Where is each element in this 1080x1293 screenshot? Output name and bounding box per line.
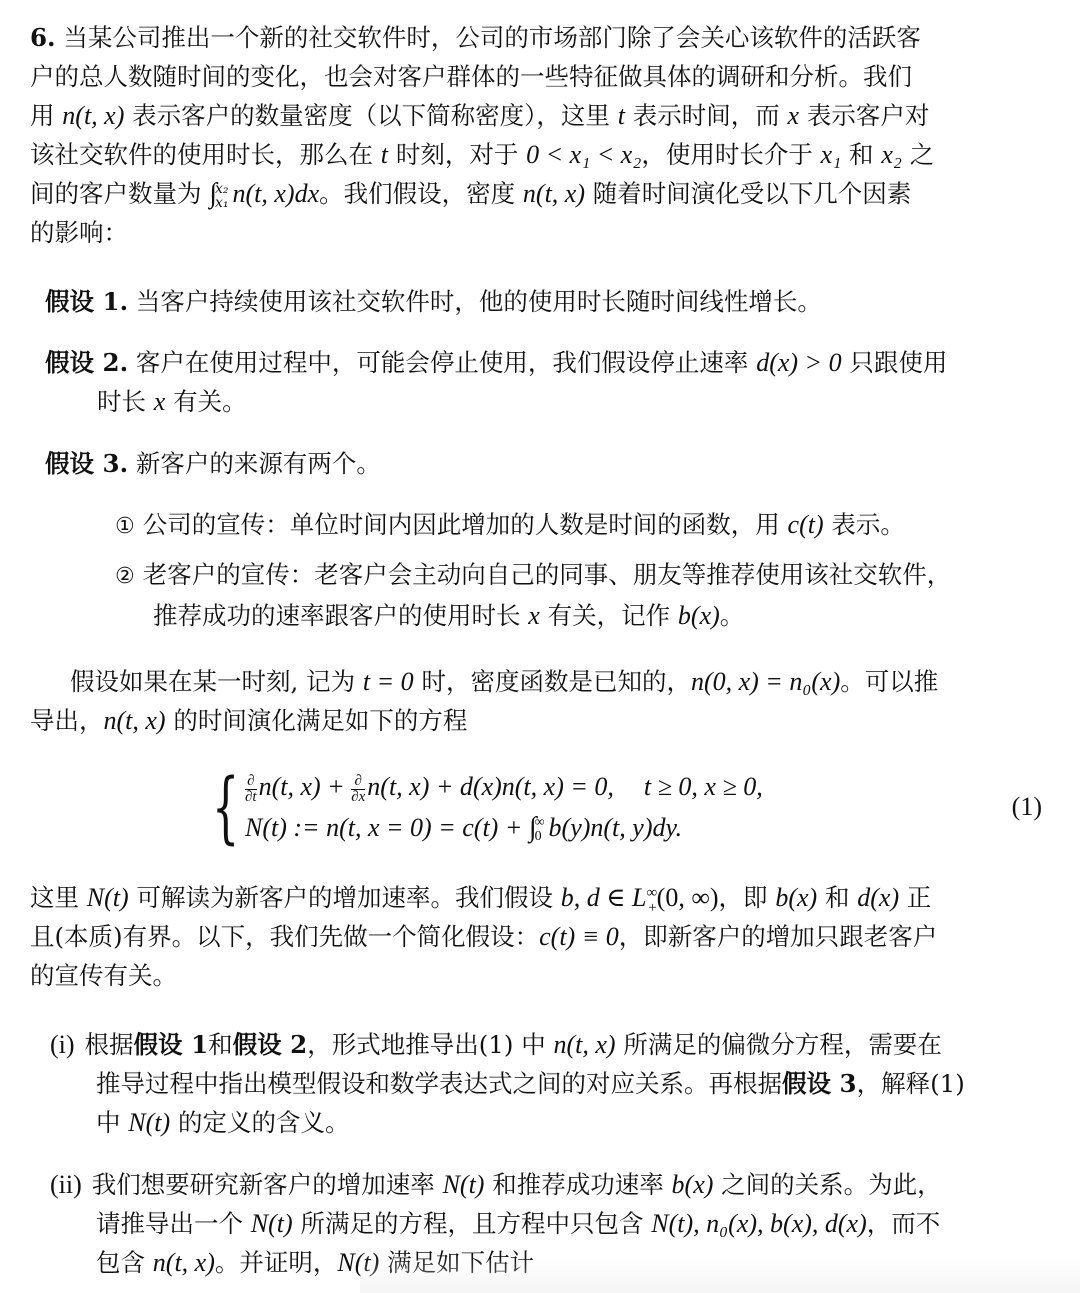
intro-line-6: 的影响： — [30, 213, 1050, 252]
assumption-label: 假设 3. — [45, 449, 128, 478]
intro-line-4: 该社交软件的使用时长，那么在 t 时刻，对于 0 < x₁ < x₂，使用时长介… — [30, 135, 1050, 174]
source-2: ②老客户的宣传：老客户会主动向自己的同事、朋友等推荐使用该社交软件， 推荐成功的… — [115, 555, 1045, 635]
intro-line-5: 间的客户数量为 ∫x₂x₁n(t, x)dx。我们假设，密度 n(t, x) 随… — [30, 174, 1050, 213]
integral-limits: ∞0 — [535, 816, 545, 844]
question-label: (i) — [50, 1030, 75, 1059]
source-1: ①公司的宣传：单位时间内因此增加的人数是时间的函数，用 c(t) 表示。 — [115, 505, 1045, 546]
question-ii: (ii)我们想要研究新客户的增加速率 N(t) 和推荐成功速率 b(x) 之间的… — [50, 1165, 1045, 1282]
problem-intro: 6. 当某公司推出一个新的社交软件时，公司的市场部门除了会关心该软件的活跃客 户… — [30, 18, 1050, 252]
assumption-3: 假设 3. 新客户的来源有两个。 — [45, 444, 1045, 483]
intro-line-2: 户的总人数随时间的变化，也会对客户群体的一些特征做具体的调研和分析。我们 — [30, 57, 1050, 96]
problem-number: 6. — [30, 23, 56, 52]
equation-line-1: ∂∂tn(t, x) + ∂∂xn(t, x) + d(x)n(t, x) = … — [245, 772, 763, 805]
left-brace-icon: { — [212, 768, 239, 848]
assumption-2: 假设 2. 客户在使用过程中，可能会停止使用，我们假设停止速率 d(x) > 0… — [45, 343, 1045, 421]
partial-x: ∂∂x — [351, 774, 365, 805]
equation-number: (1) — [1012, 792, 1042, 822]
question-i: (i)根据假设 1和假设 2，形式地推导出(1) 中 n(t, x) 所满足的偏… — [50, 1025, 1045, 1142]
integral-limits: x₂x₁ — [215, 182, 229, 210]
equation-line-2: N(t) := n(t, x = 0) = c(t) + ∫∞0b(y)n(t,… — [245, 812, 682, 844]
partial-t: ∂∂t — [245, 774, 257, 805]
remark-paragraph: 这里 N(t) 可解读为新客户的增加速率。我们假设 b, d ∈ L∞+(0, … — [30, 878, 1050, 995]
initial-condition-paragraph: 假设如果在某一时刻, 记为 t = 0 时，密度函数是已知的，n(0, x) =… — [30, 662, 1050, 740]
assumption-1: 假设 1. 当客户持续使用该社交软件时，他的使用时长随时间线性增长。 — [45, 282, 1045, 321]
intro-line-3: 用 n(t, x) 表示客户的数量密度（以下简称密度），这里 t 表示时间，而 … — [30, 96, 1050, 135]
intro-line-1: 6. 当某公司推出一个新的社交软件时，公司的市场部门除了会关心该软件的活跃客 — [30, 18, 1050, 57]
assumption-label: 假设 2. — [45, 348, 128, 377]
equation-system: { ∂∂tn(t, x) + ∂∂xn(t, x) + d(x)n(t, x) … — [212, 768, 1052, 858]
circled-two-icon: ② — [115, 564, 135, 589]
question-label: (ii) — [50, 1170, 82, 1199]
circled-one-icon: ① — [115, 514, 135, 539]
assumption-label: 假设 1. — [45, 287, 128, 316]
